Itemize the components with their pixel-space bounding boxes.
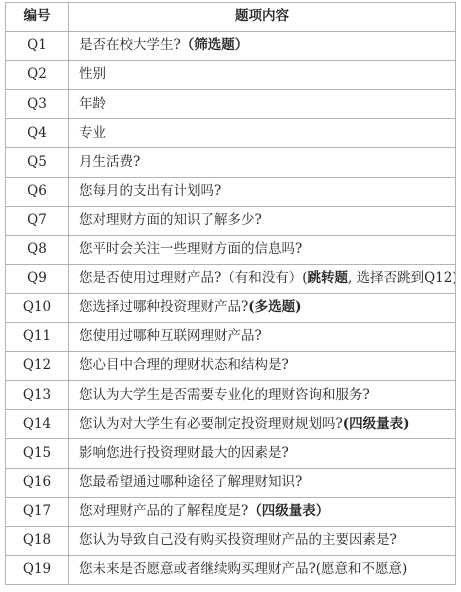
- content-segment-bold: (四级量表): [343, 416, 410, 432]
- row-content: 您认为对大学生有必要制定投资理财规划吗?(四级量表): [69, 410, 456, 439]
- content-segment-bold: (多选题): [248, 299, 301, 315]
- table-row: Q11您使用过哪种互联网理财产品?: [6, 323, 456, 352]
- table-row: Q18您认为导致自己没有购买投资理财产品的主要因素是?: [6, 526, 456, 555]
- table-row: Q9您是否使用过理财产品?（有和没有）(跳转题, 选择否跳到Q12): [6, 264, 456, 293]
- table-row: Q17您对理财产品的了解程度是?（四级量表）: [6, 497, 456, 526]
- content-segment: 专业: [79, 125, 106, 141]
- content-segment: 您认为大学生是否需要专业化的理财咨询和服务?: [79, 387, 370, 403]
- table-header: 编号 题项内容: [6, 3, 456, 32]
- row-id: Q10: [6, 293, 69, 322]
- content-segment: 您平时会关注一些理财方面的信息吗?: [79, 241, 302, 257]
- question-items-table: 编号 题项内容 Q1是否在校大学生?（筛选题）Q2性别Q3年龄Q4专业Q5月生活…: [5, 2, 456, 585]
- table-body: Q1是否在校大学生?（筛选题）Q2性别Q3年龄Q4专业Q5月生活费?Q6您每月的…: [6, 32, 456, 585]
- content-segment: 您未来是否愿意或者继续购买理财产品?(愿意和不愿意): [79, 561, 407, 577]
- row-id: Q9: [6, 264, 69, 293]
- table-row: Q19您未来是否愿意或者继续购买理财产品?(愿意和不愿意): [6, 555, 456, 584]
- table-row: Q10您选择过哪种投资理财产品?(多选题): [6, 293, 456, 322]
- content-segment: 性别: [79, 66, 106, 82]
- row-id: Q8: [6, 235, 69, 264]
- content-segment: 影响您进行投资理财最大的因素是?: [79, 445, 289, 461]
- content-segment: 您对理财方面的知识了解多少?: [79, 212, 262, 228]
- row-content: 年龄: [69, 90, 456, 119]
- row-content: 您认为大学生是否需要专业化的理财咨询和服务?: [69, 381, 456, 410]
- row-content: 您最希望通过哪种途径了解理财知识?: [69, 468, 456, 497]
- row-id: Q11: [6, 323, 69, 352]
- row-content: 您认为导致自己没有购买投资理财产品的主要因素是?: [69, 526, 456, 555]
- row-id: Q14: [6, 410, 69, 439]
- content-segment: 您认为导致自己没有购买投资理财产品的主要因素是?: [79, 532, 397, 548]
- table-row: Q15影响您进行投资理财最大的因素是?: [6, 439, 456, 468]
- content-segment-bold: （四级量表）: [248, 503, 329, 519]
- row-content: 月生活费?: [69, 148, 456, 177]
- questionnaire-items-page: 编号 题项内容 Q1是否在校大学生?（筛选题）Q2性别Q3年龄Q4专业Q5月生活…: [0, 0, 461, 592]
- table-row: Q2性别: [6, 61, 456, 90]
- header-cell-content: 题项内容: [69, 3, 456, 32]
- table-row: Q5月生活费?: [6, 148, 456, 177]
- table-row: Q12您心目中合理的理财状态和结构是?: [6, 352, 456, 381]
- row-id: Q16: [6, 468, 69, 497]
- table-row: Q7您对理财方面的知识了解多少?: [6, 206, 456, 235]
- content-segment: 是否在校大学生?: [79, 37, 181, 53]
- row-content: 是否在校大学生?（筛选题）: [69, 32, 456, 61]
- table-row: Q6您每月的支出有计划吗?: [6, 177, 456, 206]
- row-content: 您平时会关注一些理财方面的信息吗?: [69, 235, 456, 264]
- row-id: Q1: [6, 32, 69, 61]
- row-id: Q12: [6, 352, 69, 381]
- table-row: Q14您认为对大学生有必要制定投资理财规划吗?(四级量表): [6, 410, 456, 439]
- row-content: 您使用过哪种互联网理财产品?: [69, 323, 456, 352]
- content-segment: 年龄: [79, 96, 106, 112]
- row-content: 影响您进行投资理财最大的因素是?: [69, 439, 456, 468]
- table-row: Q16您最希望通过哪种途径了解理财知识?: [6, 468, 456, 497]
- content-segment: 您使用过哪种互联网理财产品?: [79, 328, 262, 344]
- content-segment: 您心目中合理的理财状态和结构是?: [79, 357, 289, 373]
- table-row: Q4专业: [6, 119, 456, 148]
- row-content: 您对理财产品的了解程度是?（四级量表）: [69, 497, 456, 526]
- content-segment-bold: 跳转题: [308, 270, 349, 286]
- row-id: Q5: [6, 148, 69, 177]
- row-content: 您对理财方面的知识了解多少?: [69, 206, 456, 235]
- row-id: Q15: [6, 439, 69, 468]
- header-cell-id: 编号: [6, 3, 69, 32]
- content-segment: 您每月的支出有计划吗?: [79, 183, 221, 199]
- content-segment: 月生活费?: [79, 154, 140, 170]
- row-id: Q19: [6, 555, 69, 584]
- content-segment: 您对理财产品的了解程度是?: [79, 503, 248, 519]
- row-id: Q4: [6, 119, 69, 148]
- table-row: Q3年龄: [6, 90, 456, 119]
- content-segment: 您最希望通过哪种途径了解理财知识?: [79, 474, 302, 490]
- row-content: 性别: [69, 61, 456, 90]
- row-id: Q6: [6, 177, 69, 206]
- row-id: Q2: [6, 61, 69, 90]
- content-segment: 您认为对大学生有必要制定投资理财规划吗?: [79, 416, 343, 432]
- row-content: 您每月的支出有计划吗?: [69, 177, 456, 206]
- table-row: Q13您认为大学生是否需要专业化的理财咨询和服务?: [6, 381, 456, 410]
- row-id: Q3: [6, 90, 69, 119]
- header-row: 编号 题项内容: [6, 3, 456, 32]
- row-content: 专业: [69, 119, 456, 148]
- row-content: 您心目中合理的理财状态和结构是?: [69, 352, 456, 381]
- content-segment: 您选择过哪种投资理财产品?: [79, 299, 248, 315]
- row-id: Q17: [6, 497, 69, 526]
- row-id: Q18: [6, 526, 69, 555]
- content-segment: 您是否使用过理财产品?（有和没有）(: [79, 270, 308, 286]
- row-content: 您未来是否愿意或者继续购买理财产品?(愿意和不愿意): [69, 555, 456, 584]
- table-row: Q1是否在校大学生?（筛选题）: [6, 32, 456, 61]
- row-id: Q7: [6, 206, 69, 235]
- row-content: 您选择过哪种投资理财产品?(多选题): [69, 293, 456, 322]
- row-id: Q13: [6, 381, 69, 410]
- content-segment-bold: （筛选题）: [181, 37, 249, 53]
- table-row: Q8您平时会关注一些理财方面的信息吗?: [6, 235, 456, 264]
- content-segment: , 选择否跳到Q12): [348, 270, 455, 286]
- row-content: 您是否使用过理财产品?（有和没有）(跳转题, 选择否跳到Q12): [69, 264, 456, 293]
